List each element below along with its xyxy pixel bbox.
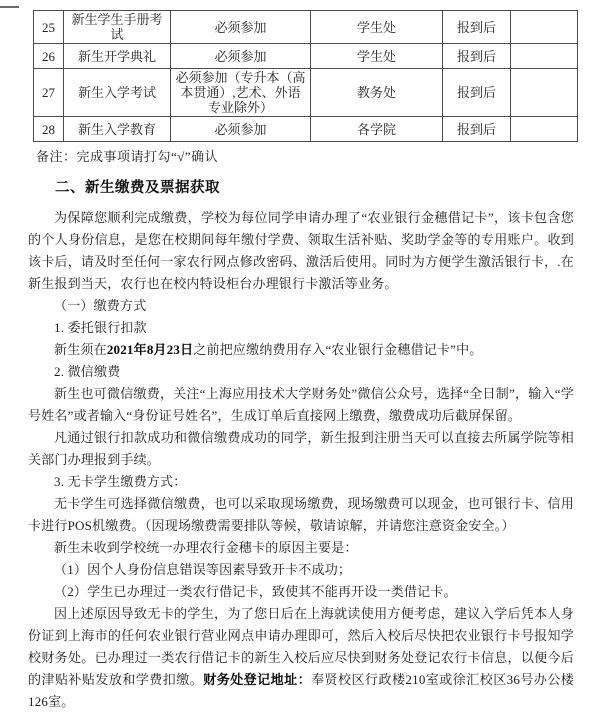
text-run: 为保障您顺利完成缴费，学校为每位同学申请办理了“农业银行金穗借记卡”，该卡包含您… bbox=[28, 210, 574, 291]
paragraph: 新生也可微信缴费，关注“上海应用技术大学财务处”微信公众号，选择“全日制”，输入… bbox=[28, 383, 574, 427]
section-heading: 二、新生缴费及票据获取 bbox=[55, 178, 574, 198]
checklist-table: 25新生学生手册考试必须参加学生处报到后26新生开学典礼必须参加学生处报到后27… bbox=[33, 10, 578, 142]
table-cell-no: 25 bbox=[34, 11, 64, 44]
text-run: 无卡学生可选择微信缴费，也可以采取现场缴费，现场缴费可以现金，也可银行卡、信用卡… bbox=[28, 496, 574, 533]
paragraph: 1. 委托银行扣款 bbox=[28, 317, 574, 339]
paragraph: （1）因个人身份信息错误等因素导致开卡不成功； bbox=[28, 559, 574, 581]
table-row: 27新生入学考试必须参加（专升本（高本贯通）,艺术、外语专业除外）教务处报到后 bbox=[34, 69, 578, 117]
text-run: 凡通过银行扣款成功和微信缴费成功的同学，新生报到注册当天可以直接去所属学院等相关… bbox=[28, 430, 574, 467]
document-content: 25新生学生手册考试必须参加学生处报到后26新生开学典礼必须参加学生处报到后27… bbox=[0, 0, 598, 713]
scan-artifact-line bbox=[0, 6, 19, 8]
table-cell-department: 学生处 bbox=[311, 44, 443, 69]
paragraph: 无卡学生可选择微信缴费，也可以采取现场缴费，现场缴费可以现金，也可银行卡、信用卡… bbox=[28, 493, 574, 537]
paragraph: 2. 微信缴费 bbox=[28, 361, 574, 383]
table-cell-timing: 报到后 bbox=[443, 44, 511, 69]
text-run: 之前把应缴纳费用存入“农业银行金穗借记卡”中。 bbox=[193, 342, 482, 357]
paragraph: 3. 无卡学生缴费方式： bbox=[28, 471, 574, 493]
table-cell-no: 28 bbox=[34, 117, 64, 142]
table-cell-no: 26 bbox=[34, 44, 64, 69]
table-cell-department: 教务处 bbox=[311, 69, 443, 117]
table-cell-item: 新生学生手册考试 bbox=[64, 11, 171, 44]
table-cell-timing: 报到后 bbox=[443, 11, 511, 44]
table-cell-requirement: 必须参加 bbox=[171, 11, 311, 44]
table-cell-timing: 报到后 bbox=[443, 69, 511, 117]
table-cell-department: 学生处 bbox=[311, 11, 443, 44]
table-cell-confirm bbox=[511, 44, 578, 69]
table-cell-confirm bbox=[511, 69, 578, 117]
paragraph: 因上述原因导致无卡的学生，为了您日后在上海就读使用方便考虑，建议入学后凭本人身份… bbox=[28, 603, 574, 713]
table-cell-item: 新生开学典礼 bbox=[64, 44, 171, 69]
paragraph: 新生未收到学校统一办理农行金穗卡的原因主要是： bbox=[28, 537, 574, 559]
text-run: （一）缴费方式 bbox=[54, 298, 146, 313]
table-cell-no: 27 bbox=[34, 69, 64, 117]
text-run: 新生须在 bbox=[54, 342, 107, 357]
paragraph: （一）缴费方式 bbox=[28, 295, 574, 317]
text-run: 3. 无卡学生缴费方式： bbox=[54, 474, 186, 489]
table-cell-item: 新生入学教育 bbox=[64, 117, 171, 142]
table-cell-confirm bbox=[511, 11, 578, 44]
table-row: 26新生开学典礼必须参加学生处报到后 bbox=[34, 44, 578, 69]
bold-text-run: 2021年8月23日 bbox=[107, 342, 194, 357]
table-cell-requirement: 必须参加 bbox=[171, 44, 311, 69]
table-cell-timing: 报到后 bbox=[443, 117, 511, 142]
paragraph: （2）学生已办理过一类农行借记卡，致使其不能再开设一类借记卡。 bbox=[28, 581, 574, 603]
table-note: 备注：完成事项请打勾“√”确认 bbox=[36, 149, 574, 165]
text-run: 新生未收到学校统一办理农行金穗卡的原因主要是： bbox=[54, 540, 358, 555]
text-run: （2）学生已办理过一类农行借记卡，致使其不能再开设一类借记卡。 bbox=[54, 584, 457, 599]
table-cell-requirement: 必须参加（专升本（高本贯通）,艺术、外语专业除外） bbox=[171, 69, 311, 117]
table-cell-requirement: 必须参加 bbox=[171, 117, 311, 142]
paragraph: 新生须在2021年8月23日之前把应缴纳费用存入“农业银行金穗借记卡”中。 bbox=[28, 339, 574, 361]
text-run: 1. 委托银行扣款 bbox=[54, 320, 147, 335]
table-cell-item: 新生入学考试 bbox=[64, 69, 171, 117]
bold-text-run: 财务处登记地址： bbox=[203, 672, 311, 687]
text-run: 2. 微信缴费 bbox=[54, 364, 120, 379]
table-cell-department: 各学院 bbox=[311, 117, 443, 142]
table-row: 28新生入学教育必须参加各学院报到后 bbox=[34, 117, 578, 142]
body-text: 为保障您顺利完成缴费，学校为每位同学申请办理了“农业银行金穗借记卡”，该卡包含您… bbox=[28, 207, 574, 713]
text-run: 新生也可微信缴费，关注“上海应用技术大学财务处”微信公众号，选择“全日制”，输入… bbox=[28, 386, 574, 423]
paragraph: 凡通过银行扣款成功和微信缴费成功的同学，新生报到注册当天可以直接去所属学院等相关… bbox=[28, 427, 574, 471]
document-page: 25新生学生手册考试必须参加学生处报到后26新生开学典礼必须参加学生处报到后27… bbox=[0, 0, 598, 725]
table-row: 25新生学生手册考试必须参加学生处报到后 bbox=[34, 11, 578, 44]
table-cell-confirm bbox=[511, 117, 578, 142]
paragraph: 为保障您顺利完成缴费，学校为每位同学申请办理了“农业银行金穗借记卡”，该卡包含您… bbox=[28, 207, 574, 295]
text-run: （1）因个人身份信息错误等因素导致开卡不成功； bbox=[54, 562, 351, 577]
